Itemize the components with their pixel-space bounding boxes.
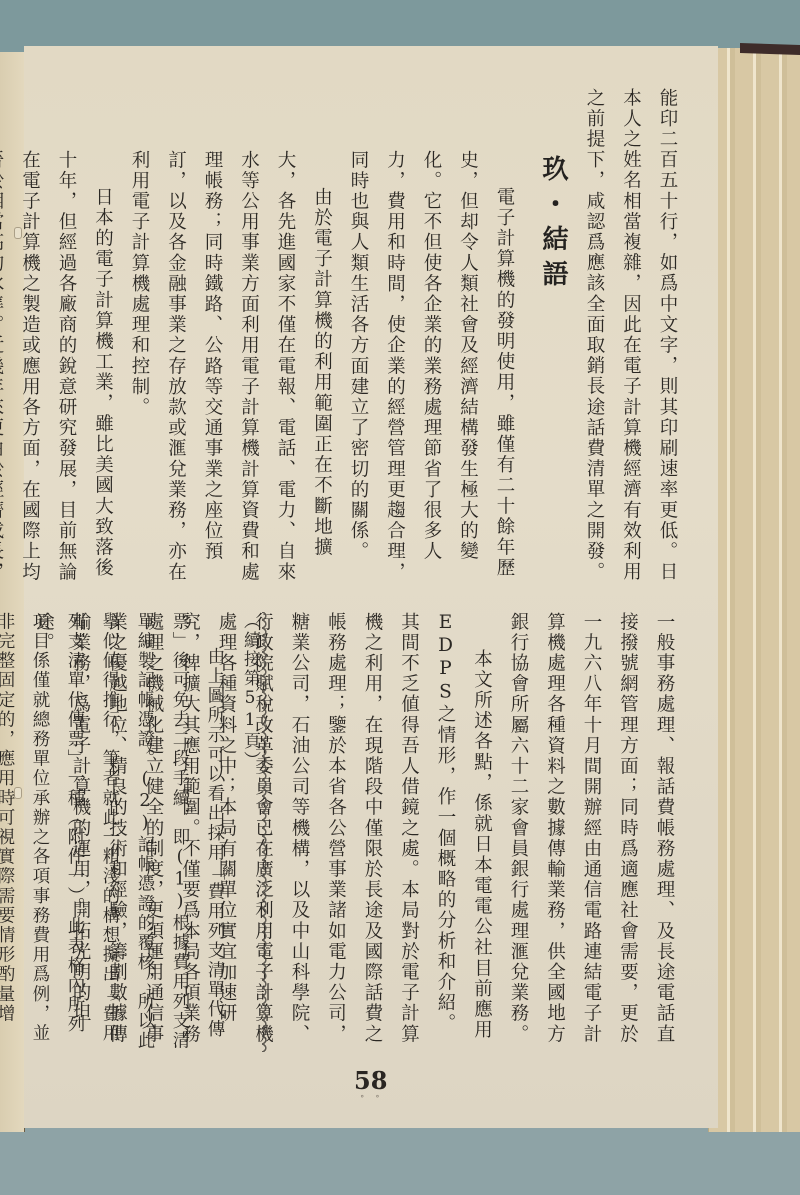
- intro-text: 能印二百五十行，如爲中文字，則其印刷速率更低。日本人之姓名相當複雜，因此在電子計…: [576, 88, 686, 593]
- conclusion-body: 電子計算機的發明使用，雖僅有二十餘年歷史，但却令人類社會及經濟結構發生極大的變化…: [62, 150, 522, 590]
- background-top: [0, 0, 800, 50]
- continued-from-label: （續接第51頁）: [238, 612, 263, 770]
- conclusion-paragraph-2: 由於電子計算機的利用範圍正在不斷地擴大，各先進國家不僅在電報、電話、電力、自來水…: [121, 150, 340, 590]
- bottom-right-body: 一般事務處理、報話費帳務處理、及長途電話直接撥號網管理方面；同時爲適應社會需要，…: [282, 612, 682, 1052]
- page-stack-edge: [708, 48, 800, 1132]
- page-number-ornament: ∘ ∘: [360, 1092, 384, 1102]
- wavy-column-divider: [262, 612, 270, 1052]
- section-heading: 玖・結語: [535, 155, 572, 295]
- bottom-right-paragraph-1: 一般事務處理、報話費帳務處理、及長途電話直接撥號網管理方面；同時爲適應社會需要，…: [500, 612, 683, 1052]
- bottom-left-paragraph-1: 由上圖所示可以看出採用「費用列支清單代傳票」後可免去二段手續，即(1)根據費用列…: [0, 612, 232, 1052]
- bottom-left-body: 由上圖所示可以看出採用「費用列支清單代傳票」後可免去二段手續，即(1)根據費用列…: [62, 612, 232, 1052]
- page-number: 58: [354, 1066, 387, 1095]
- conclusion-paragraph-1: 電子計算機的發明使用，雖僅有二十餘年歷史，但却令人類社會及經濟結構發生極大的變化…: [340, 150, 523, 590]
- conclusion-paragraph-3: 日本的電子計算機工業，雖比美國大致落後十年，但經過各廠商的銳意研究發展，目前無論…: [0, 150, 121, 590]
- background-bottom: [0, 1128, 800, 1195]
- intro-paragraph: 能印二百五十行，如爲中文字，則其印刷速率更低。日本人之姓名相當複雜，因此在電子計…: [575, 88, 685, 593]
- book-cover-edge: [740, 43, 800, 55]
